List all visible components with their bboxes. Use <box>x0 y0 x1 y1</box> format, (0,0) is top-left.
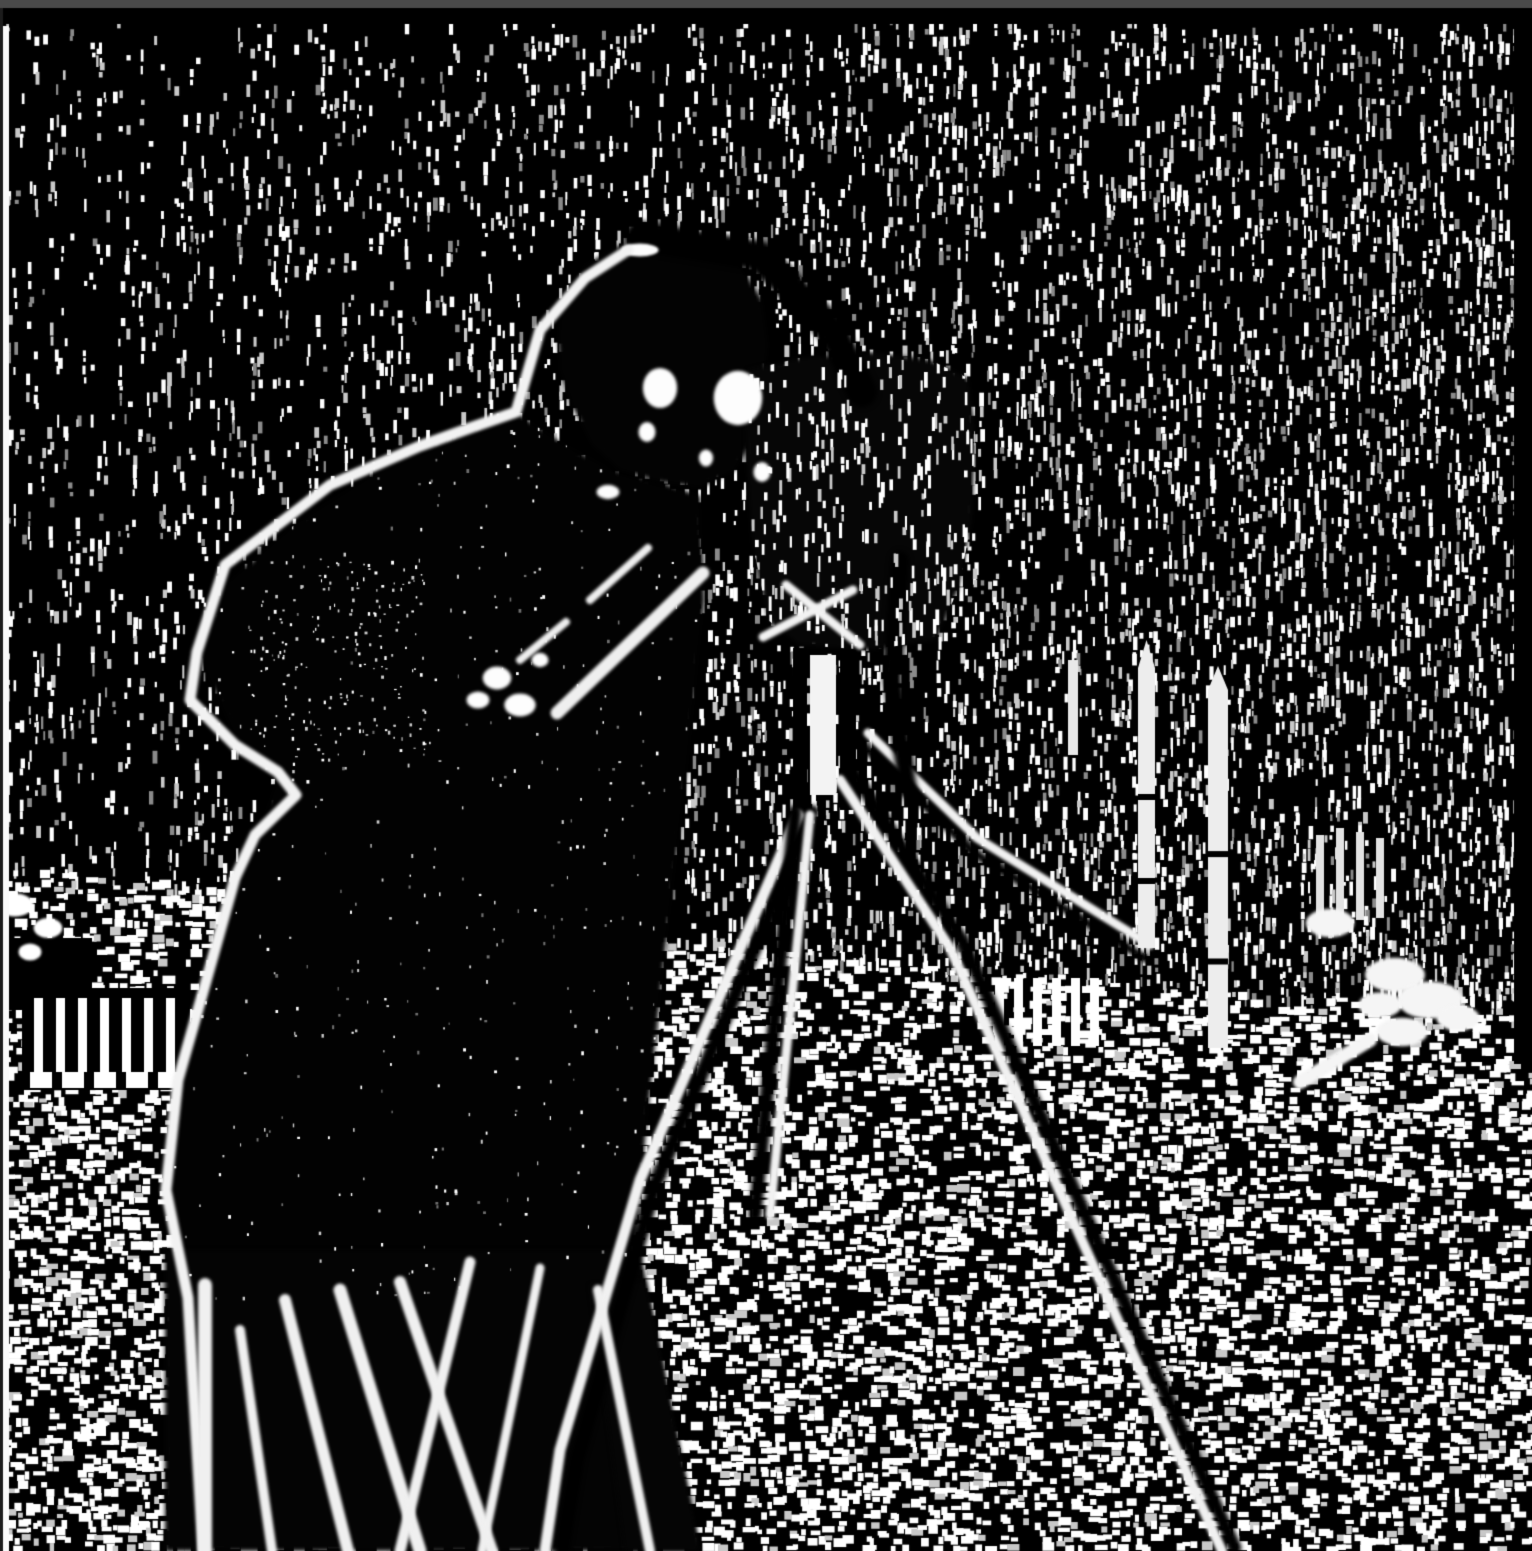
dithered-cameraman-figure <box>0 0 1532 1551</box>
cameraman-dither-canvas <box>0 0 1532 1551</box>
screenshot-root <box>0 0 1532 1551</box>
